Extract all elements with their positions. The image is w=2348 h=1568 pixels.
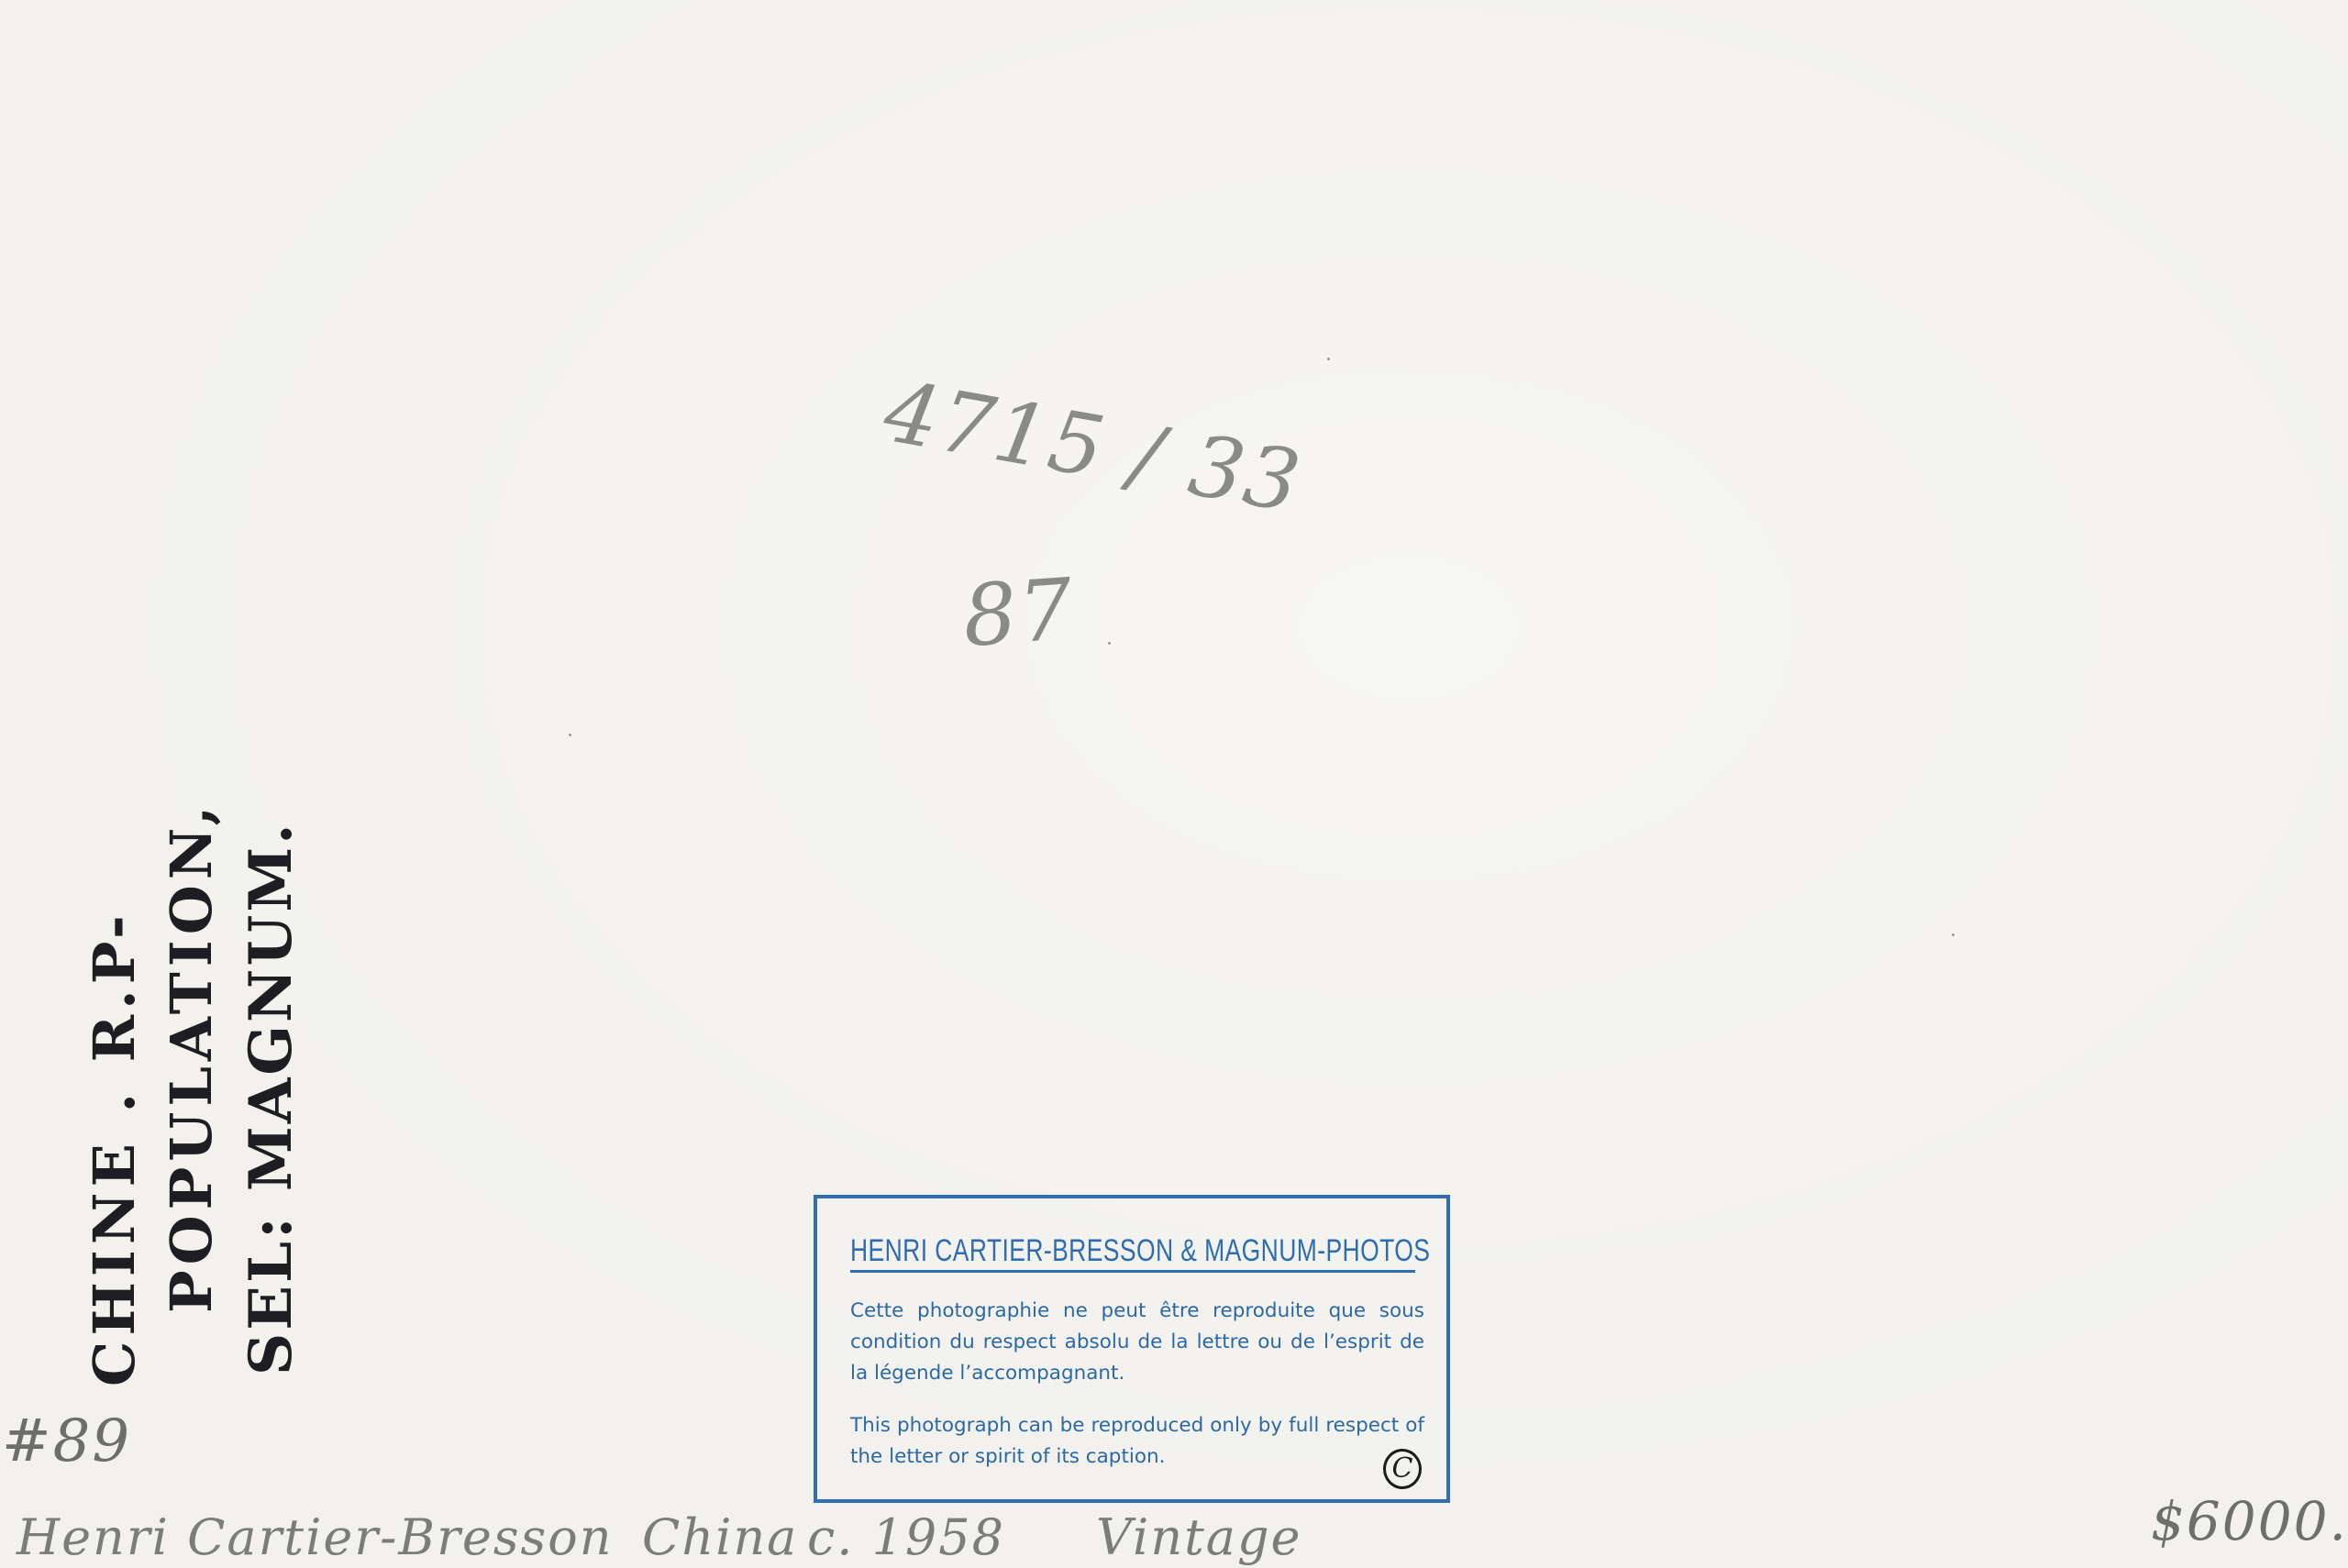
price-handwritten: $6000.00 — [2151, 1490, 2348, 1552]
caption-line-1: CHINE . R.P- — [81, 910, 148, 1386]
stamp-french-notice: Cette photographie ne peut être reprodui… — [850, 1296, 1424, 1389]
caption-line-2: POPULATION, — [158, 801, 225, 1313]
artist-name-handwritten: Henri Cartier-Bresson — [17, 1508, 614, 1566]
stamp-title: HENRI CARTIER-BRESSON & MAGNUM-PHOTOS — [850, 1233, 1430, 1269]
sub-number-handwritten: 87 — [959, 560, 1077, 666]
stamp-english-notice: This photograph can be reproduced only b… — [850, 1410, 1424, 1473]
place-handwritten: China — [642, 1508, 798, 1566]
magnum-copyright-stamp: HENRI CARTIER-BRESSON & MAGNUM-PHOTOS Ce… — [814, 1195, 1450, 1503]
dust-speck — [1952, 933, 1955, 936]
stamp-title-underline — [850, 1270, 1415, 1273]
caption-line-3: SEL: MAGNUM. — [237, 822, 305, 1376]
year-handwritten: c. 1958 — [807, 1508, 1005, 1566]
copyright-circle-icon: C — [1383, 1449, 1422, 1489]
lot-number-handwritten: #89 — [2, 1408, 131, 1475]
dust-speck — [1327, 358, 1330, 360]
dust-speck — [569, 734, 571, 736]
dust-speck — [1108, 642, 1111, 645]
print-type-handwritten: Vintage — [1096, 1508, 1302, 1566]
